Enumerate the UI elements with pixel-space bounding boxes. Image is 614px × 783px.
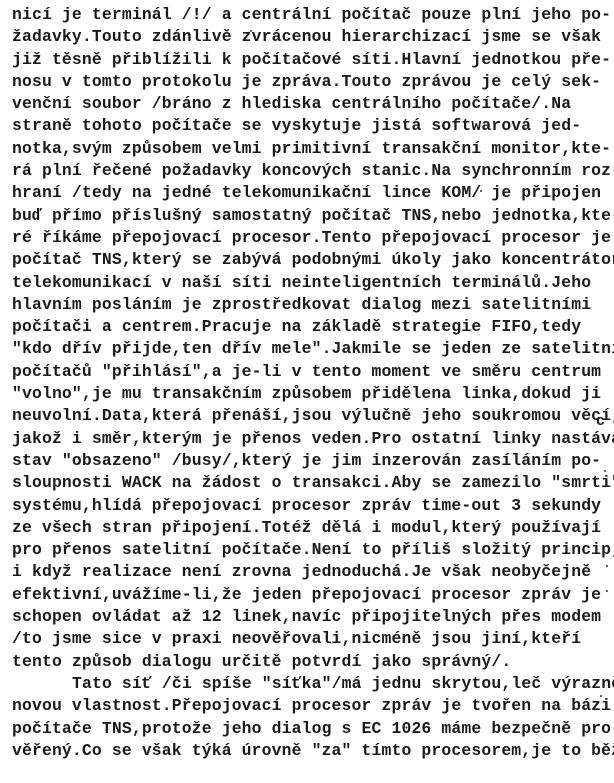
- text-line: počítačů "přihlásí",a je-li v tento mome…: [12, 361, 612, 383]
- text-line: straně tohoto počítače se vyskytuje jist…: [12, 115, 612, 137]
- scan-speck: [606, 590, 608, 592]
- text-line: i když realizace není zrovna jednoduchá.…: [12, 561, 612, 583]
- text-line: tento způsob dialogu určitě potvrdí jako…: [12, 651, 612, 673]
- text-line: nosu v tomto protokolu je zpráva.Touto z…: [12, 71, 612, 93]
- text-line: venční soubor /bráno z hlediska centráln…: [12, 93, 612, 115]
- text-line: systému,hlídá přepojovací procesor zpráv…: [12, 495, 612, 517]
- scan-speck: [480, 190, 482, 192]
- text-line: pro přenos satelitní počítače.Není to př…: [12, 539, 612, 561]
- text-line: buď přímo příslušný samostatný počítač T…: [12, 205, 612, 227]
- text-line: ré říkáme přepojovací procesor.Tento pře…: [12, 227, 612, 249]
- text-line: stav "obsazeno" /busy/,který je jim inze…: [12, 450, 612, 472]
- text-line: rá plní řečené požadavky koncových stani…: [12, 160, 612, 182]
- text-line: sloupnosti WACK na žádost o transakci.Ab…: [12, 472, 612, 494]
- scan-speck: [250, 30, 252, 32]
- scan-speck: [600, 695, 602, 697]
- text-line: "kdo dřív přijde,ten dřív mele".Jakmile …: [12, 338, 612, 360]
- text-line: počítače TNS,protože jeho dialog s EC 10…: [12, 718, 612, 740]
- text-line: počítači a centrem.Pracuje na základě st…: [12, 316, 612, 338]
- text-line: žadavky.Touto zdánlivě zvrácenou hierarc…: [12, 26, 612, 48]
- text-line: jakož i směr,kterým je přenos veden.Pro …: [12, 428, 612, 450]
- scan-speck: [604, 470, 606, 472]
- text-line: hlavním posláním je zprostředkovat dialo…: [12, 294, 612, 316]
- text-line: nicí je terminál /!/ a centrální počítač…: [12, 4, 612, 26]
- text-line: schopen ovládat až 12 linek,navíc připoj…: [12, 606, 612, 628]
- text-line: efektivní,uvážíme-li,že jeden přepojovac…: [12, 584, 612, 606]
- text-line: hraní /tedy na jedné telekomunikační lin…: [12, 182, 612, 204]
- text-line: /to jsme sice v praxi neověřovali,nicmén…: [12, 628, 612, 650]
- text-line: ze všech stran připojení.Totéž dělá i mo…: [12, 517, 612, 539]
- margin-annotation: c: [596, 414, 605, 429]
- text-line: již těsně přiblížili k počítačové síti.H…: [12, 49, 612, 71]
- text-line: počítač TNS,který se zabývá podobnými úk…: [12, 249, 612, 271]
- text-line: neuvolní.Data,která přenáší,jsou výlučně…: [12, 405, 612, 427]
- text-line: novou vlastnost.Přepojovací procesor zpr…: [12, 695, 612, 717]
- document-body: nicí je terminál /!/ a centrální počítač…: [12, 4, 612, 762]
- typewritten-page: nicí je terminál /!/ a centrální počítač…: [0, 0, 614, 783]
- text-line: věřený.Co se však týká úrovně "za" tímto…: [12, 740, 612, 762]
- scan-speck: [606, 565, 608, 567]
- paragraph-first-line: Tato síť /či spíše "síťka"/má jednu skry…: [12, 673, 612, 695]
- text-line: notka,svým způsobem velmi primitivní tra…: [12, 138, 612, 160]
- text-line: "volno",je mu transakčním způsobem přidě…: [12, 383, 612, 405]
- text-line: telekomunikací v naší síti neinteligentn…: [12, 272, 612, 294]
